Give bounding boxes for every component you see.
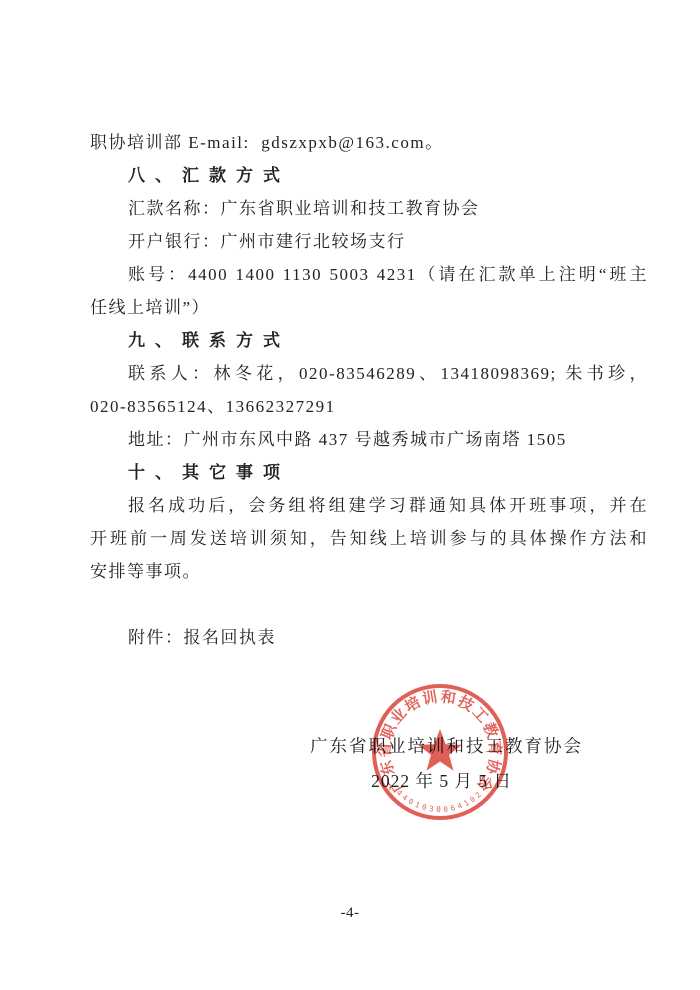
page-number: -4- bbox=[0, 905, 700, 922]
text-line: 职协培训部 E-mail: gdszxpxb@163.com。 bbox=[90, 126, 648, 159]
section-heading: 八、汇款方式 bbox=[90, 159, 648, 192]
text-line: 账号：4400 1400 1130 5003 4231（请在汇款单上注明“班主 bbox=[90, 258, 648, 291]
text-line bbox=[90, 588, 648, 621]
text-line: 地址：广州市东风中路 437 号越秀城市广场南塔 1505 bbox=[90, 423, 648, 456]
text-line: 附件：报名回执表 bbox=[90, 621, 648, 654]
text-line: 020-83565124、13662327291 bbox=[90, 390, 648, 423]
section-heading: 十、其它事项 bbox=[90, 456, 648, 489]
document-page: 职协培训部 E-mail: gdszxpxb@163.com。八、汇款方式汇款名… bbox=[0, 0, 700, 990]
document-body: 职协培训部 E-mail: gdszxpxb@163.com。八、汇款方式汇款名… bbox=[90, 126, 648, 654]
text-line: 联系人：林冬花，020-83546289、13418098369; 朱书珍， bbox=[90, 357, 648, 390]
text-line: 任线上培训”） bbox=[90, 291, 648, 324]
text-line: 安排等事项。 bbox=[90, 555, 648, 588]
text-line: 报名成功后，会务组将组建学习群通知具体开班事项，并在 bbox=[90, 489, 648, 522]
text-line: 汇款名称：广东省职业培训和技工教育协会 bbox=[90, 192, 648, 225]
section-heading: 九、联系方式 bbox=[90, 324, 648, 357]
text-line: 开户银行：广州市建行北较场支行 bbox=[90, 225, 648, 258]
signature-org-name: 广东省职业培训和技工教育协会 bbox=[0, 733, 583, 759]
text-line: 开班前一周发送培训须知，告知线上培训参与的具体操作方法和 bbox=[90, 522, 648, 555]
signature-date: 2022 年 5 月 5 日 bbox=[0, 768, 512, 794]
